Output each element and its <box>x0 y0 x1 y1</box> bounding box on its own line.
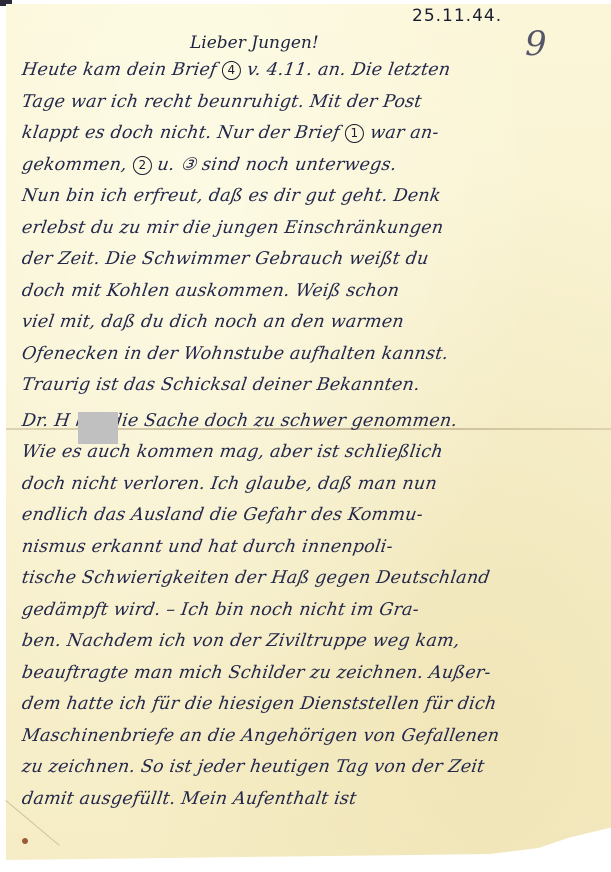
line-text: Maschinenbriefe an die Angehörigen von G… <box>21 726 501 746</box>
handwritten-line: der Zeit. Die Schwimmer Gebrauch weißt d… <box>21 249 609 269</box>
line-text: tische Schwierigkeiten der Haß gegen Deu… <box>21 568 492 588</box>
handwritten-line: Nun bin ich erfreut, daß es dir gut geht… <box>21 186 609 206</box>
handwritten-line: dem hatte ich für die hiesigen Dienstste… <box>21 694 609 714</box>
handwritten-line: viel mit, daß du dich noch an den warmen <box>21 312 609 332</box>
handwritten-line: doch nicht verloren. Ich glaube, daß man… <box>21 474 609 494</box>
line-text: dem hatte ich für die hiesigen Dienstste… <box>21 694 498 714</box>
line-text: doch mit Kohlen auskommen. Weiß schon <box>21 281 401 301</box>
handwritten-line: gekommen, 2 u. ③ sind noch unterwegs. <box>21 155 609 175</box>
line-text: Dr. H <box>21 411 72 431</box>
line-text: viel mit, daß du dich noch an den warmen <box>21 312 406 332</box>
line-text: Nun bin ich erfreut, daß es dir gut geht… <box>21 186 442 206</box>
line-text: der Zeit. Die Schwimmer Gebrauch weißt d… <box>21 249 430 269</box>
handwritten-line: Heute kam dein Brief 4 v. 4.11. an. Die … <box>21 60 609 80</box>
letter-date: 25.11.44. <box>412 6 502 26</box>
handwritten-line: doch mit Kohlen auskommen. Weiß schon <box>21 281 609 301</box>
line-text: Heute kam dein Brief <box>21 60 224 80</box>
handwritten-line: Maschinenbriefe an die Angehörigen von G… <box>21 726 609 746</box>
handwritten-line: Traurig ist das Schicksal deiner Bekannt… <box>21 375 609 395</box>
line-text: beauftragte man mich Schilder zu zeichne… <box>21 663 492 683</box>
handwritten-line: nismus erkannt und hat durch innenpoli- <box>21 537 609 557</box>
line-text: Tage war ich recht beunruhigt. Mit der P… <box>21 92 423 112</box>
handwritten-line: tische Schwierigkeiten der Haß gegen Deu… <box>21 568 609 588</box>
circled-letter-number: 1 <box>345 124 364 143</box>
circled-letter-number: 4 <box>222 61 241 80</box>
handwritten-line: zu zeichnen. So ist jeder heutigen Tag v… <box>21 757 609 777</box>
redaction-box <box>78 412 118 444</box>
ink-stain <box>22 838 28 844</box>
line-text: endlich das Ausland die Gefahr des Kommu… <box>21 505 425 525</box>
line-text: ben. Nachdem ich von der Ziviltruppe weg… <box>21 631 461 651</box>
line-text: klappt es doch nicht. Nur der Brief <box>21 123 347 143</box>
line-text: Traurig ist das Schicksal deiner Bekannt… <box>21 375 422 395</box>
handwritten-line: erlebst du zu mir die jungen Einschränku… <box>21 218 609 238</box>
line-text: war an- <box>363 123 440 143</box>
handwritten-line: ben. Nachdem ich von der Ziviltruppe weg… <box>21 631 609 651</box>
handwritten-line: beauftragte man mich Schilder zu zeichne… <box>21 663 609 683</box>
line-text: nismus erkannt und hat durch innenpoli- <box>21 537 394 557</box>
line-text: Wie es auch kommen mag, aber ist schließ… <box>21 442 445 462</box>
line-text: erlebst du zu mir die jungen Einschränku… <box>21 218 445 238</box>
line-text: gekommen, <box>21 155 134 175</box>
handwritten-line: Tage war ich recht beunruhigt. Mit der P… <box>21 92 609 112</box>
letter-greeting: Lieber Jungen! <box>190 33 319 53</box>
handwritten-line: damit ausgefüllt. Mein Aufenthalt ist <box>21 789 609 809</box>
line-text: zu zeichnen. So ist jeder heutigen Tag v… <box>21 757 486 777</box>
handwritten-line: gedämpft wird. – Ich bin noch nicht im G… <box>21 600 609 620</box>
line-text: Ofenecken in der Wohnstube aufhalten kan… <box>21 344 450 364</box>
page-number: 9 <box>525 24 547 64</box>
line-text: gedämpft wird. – Ich bin noch nicht im G… <box>21 600 421 620</box>
line-text: hat die Sache doch zu schwer genommen. <box>68 411 458 431</box>
handwritten-line: endlich das Ausland die Gefahr des Kommu… <box>21 505 609 525</box>
line-text: u. ③ sind noch unterwegs. <box>150 155 398 175</box>
line-text: v. 4.11. an. Die letzten <box>240 60 452 80</box>
handwritten-line: Wie es auch kommen mag, aber ist schließ… <box>21 442 609 462</box>
circled-letter-number: 2 <box>133 156 152 175</box>
handwritten-line: Ofenecken in der Wohnstube aufhalten kan… <box>21 344 609 364</box>
line-text: doch nicht verloren. Ich glaube, daß man… <box>21 474 439 494</box>
line-text: damit ausgefüllt. Mein Aufenthalt ist <box>21 789 358 809</box>
handwritten-line: klappt es doch nicht. Nur der Brief 1 wa… <box>21 123 609 143</box>
